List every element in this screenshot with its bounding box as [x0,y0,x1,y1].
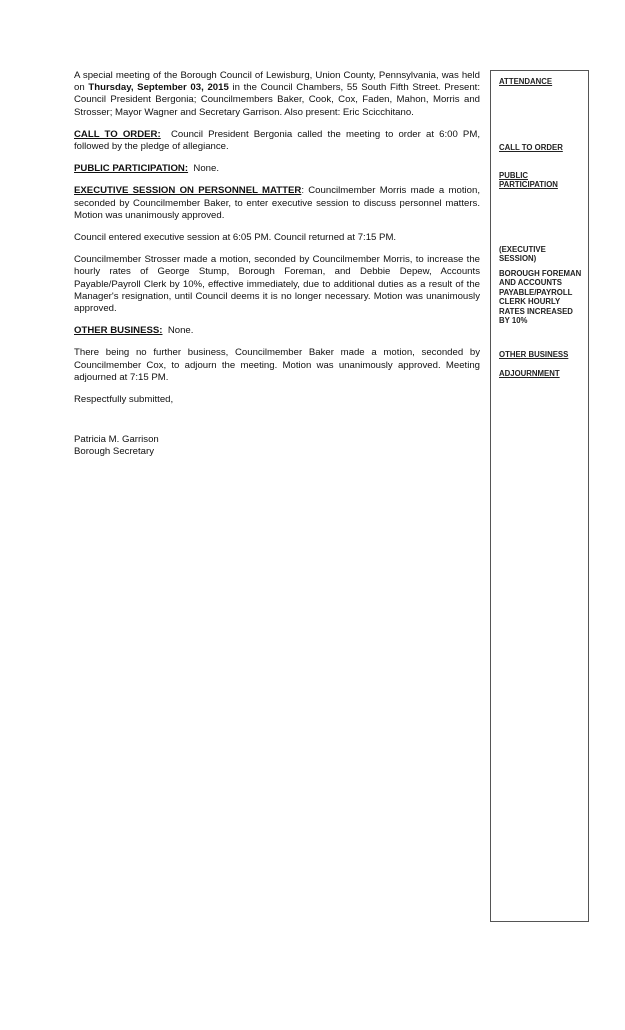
meeting-date: Thursday, September 03, 2015 [88,82,228,93]
other-business-heading: OTHER BUSINESS: [74,325,163,336]
sidebar-public-participation: PUBLIC PARTICIPATION [499,171,585,190]
rate-motion-paragraph: Councilmember Strosser made a motion, se… [74,254,480,315]
sidebar-adjournment: ADJOURNMENT [499,369,585,378]
executive-session-paragraph: EXECUTIVE SESSION ON PERSONNEL MATTER: C… [74,185,480,222]
minutes-body: A special meeting of the Borough Council… [74,70,480,459]
call-to-order-heading: CALL TO ORDER: [74,129,161,140]
intro-paragraph: A special meeting of the Borough Council… [74,70,480,119]
adjournment-paragraph: There being no further business, Council… [74,347,480,384]
sidebar-rates-increased: BOROUGH FOREMAN AND ACCOUNTS PAYABLE/PAY… [499,269,585,325]
signature-title: Borough Secretary [74,446,480,458]
margin-notes-column: ATTENDANCE CALL TO ORDER PUBLIC PARTICIP… [490,70,589,922]
session-times-paragraph: Council entered executive session at 6:0… [74,232,480,244]
public-participation-heading: PUBLIC PARTICIPATION: [74,163,188,174]
sidebar-executive-session: (EXECUTIVE SESSION) [499,245,559,264]
executive-session-heading: EXECUTIVE SESSION ON PERSONNEL MATTER [74,185,301,196]
signature-name: Patricia M. Garrison [74,434,480,446]
sidebar-other-business: OTHER BUSINESS [499,350,585,359]
signature-block: Patricia M. Garrison Borough Secretary [74,434,480,458]
other-business-paragraph: OTHER BUSINESS: None. [74,325,480,337]
sidebar-attendance: ATTENDANCE [499,77,585,86]
closing-line: Respectfully submitted, [74,394,480,406]
call-to-order-paragraph: CALL TO ORDER: Council President Bergoni… [74,129,480,153]
sidebar-call-to-order: CALL TO ORDER [499,143,585,152]
public-participation-paragraph: PUBLIC PARTICIPATION: None. [74,163,480,175]
